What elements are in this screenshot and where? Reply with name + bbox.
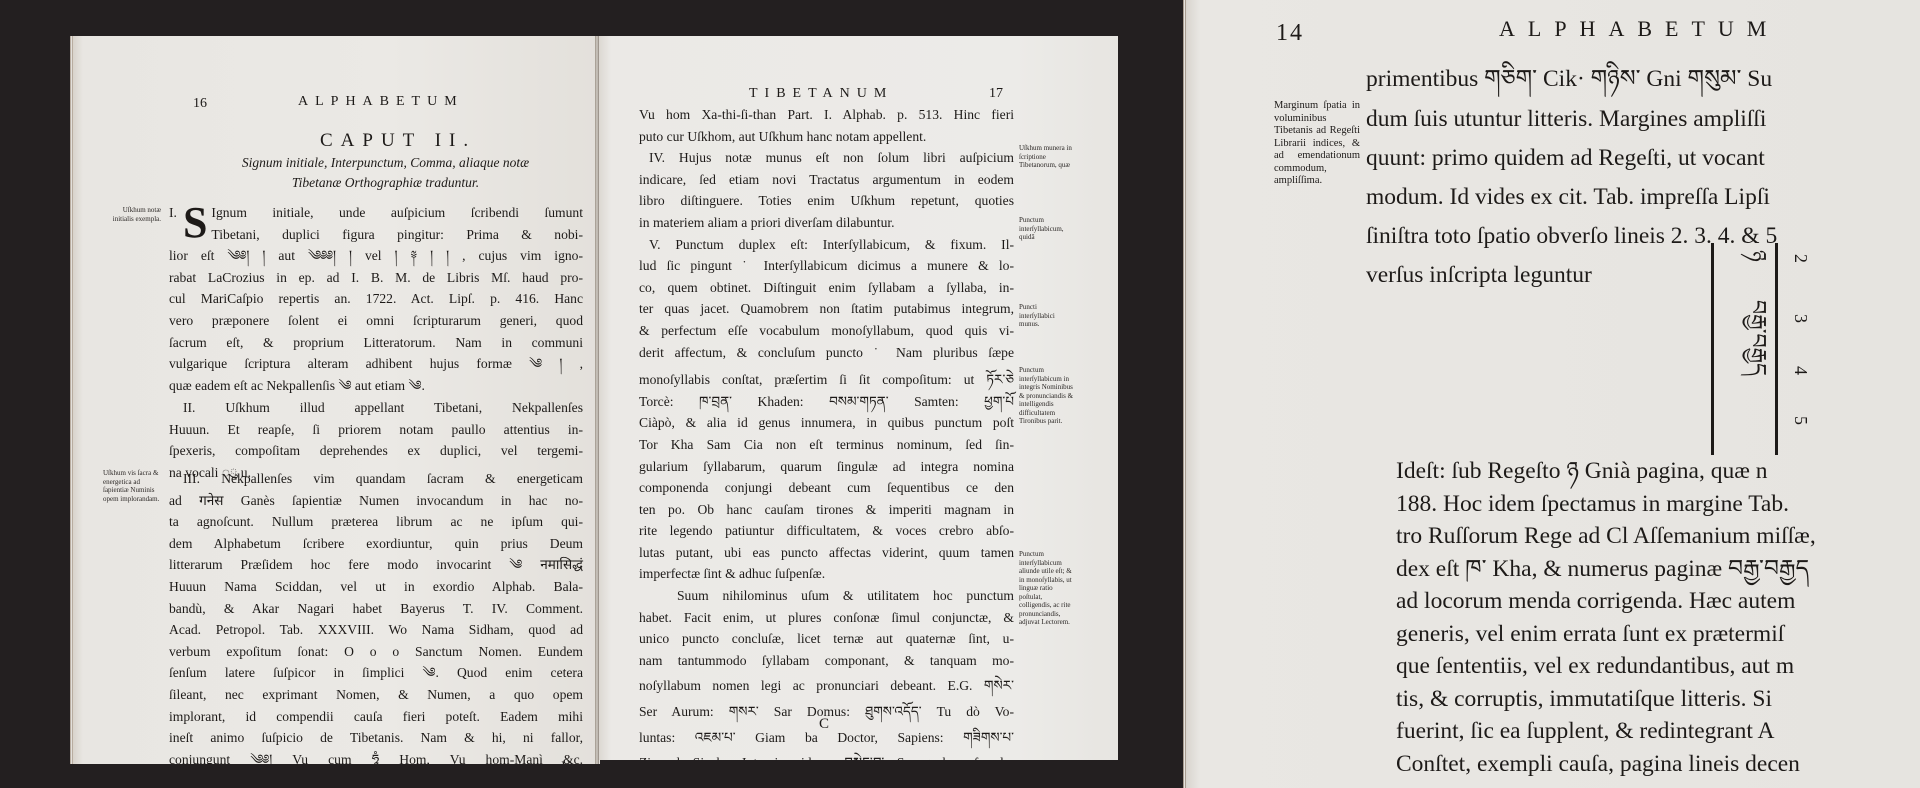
margin-note: Uſkhum vis ſacra & energetica ad ſapient… xyxy=(103,469,161,503)
drop-cap: S xyxy=(183,204,207,242)
tibetan-page-number: བརྒྱ་བརྒྱད xyxy=(1727,300,1789,376)
chapter-heading: CAPUT II. xyxy=(320,130,476,152)
running-head: ALPHABETUM xyxy=(298,94,464,110)
margin-note: Punctum interſyllabicum, quidã xyxy=(1019,216,1074,242)
margin-note: Punctum interſyllabicum aliunde utile eſ… xyxy=(1019,550,1074,627)
page-17-body: Vu hom Xa-thi-ſi-than Part. I. Alphab. p… xyxy=(639,104,1014,760)
page-number: 16 xyxy=(193,96,207,112)
paragraph-3: III. Nekpallenſes vim quandam ſacram & e… xyxy=(169,468,583,764)
book-page-14-closeup: 14 ALPHABETUM Marginum ſpatia in volumin… xyxy=(1183,0,1920,788)
line-number: 3 xyxy=(1790,314,1811,323)
chapter-subtitle: Signum initiale, Interpunctum, Comma, al… xyxy=(188,153,583,193)
running-head: ALPHABETUM xyxy=(1499,16,1779,42)
page-14-body-bottom: Ideſt: ſub Regeſto ཉ Gnià pagina, quæ n … xyxy=(1396,455,1920,780)
margin-note: Uſkhum notæ initialis exempla. xyxy=(103,206,161,223)
line-number: 2 xyxy=(1790,254,1811,263)
line-number: 4 xyxy=(1790,366,1811,375)
page-number: 14 xyxy=(1276,20,1304,47)
margin-note: Punctum interſyllabicum in integris Nomi… xyxy=(1019,366,1074,426)
signature-mark: C xyxy=(819,716,829,733)
margin-note: Uſkhum munera in ſcriptione Tibetanorum,… xyxy=(1019,144,1074,170)
tibetan-regest-mark: ཉ xyxy=(1727,250,1789,262)
page-number: 17 xyxy=(989,86,1003,102)
line-number: 5 xyxy=(1790,416,1811,425)
margin-note: Puncti interſyllabici munus. xyxy=(1019,303,1074,329)
book-page-17: TIBETANUM 17 Vu hom Xa-thi-ſi-than Part.… xyxy=(599,36,1118,760)
book-page-16: 16 ALPHABETUM CAPUT II. Signum initiale,… xyxy=(70,36,600,764)
paragraph-1: I. S Ignum initiale, unde auſpicium ſcri… xyxy=(169,202,583,396)
margin-rule-left xyxy=(1711,243,1714,455)
page-14-body-top: primentibus གཅིག་ Cik· གཉིས་ Gni གསུམ་ S… xyxy=(1366,60,1920,295)
catchword: Vu xyxy=(561,758,574,764)
margin-note: Marginum ſpatia in voluminibus Tibetanis… xyxy=(1274,100,1360,188)
running-head: TIBETANUM xyxy=(749,86,893,102)
